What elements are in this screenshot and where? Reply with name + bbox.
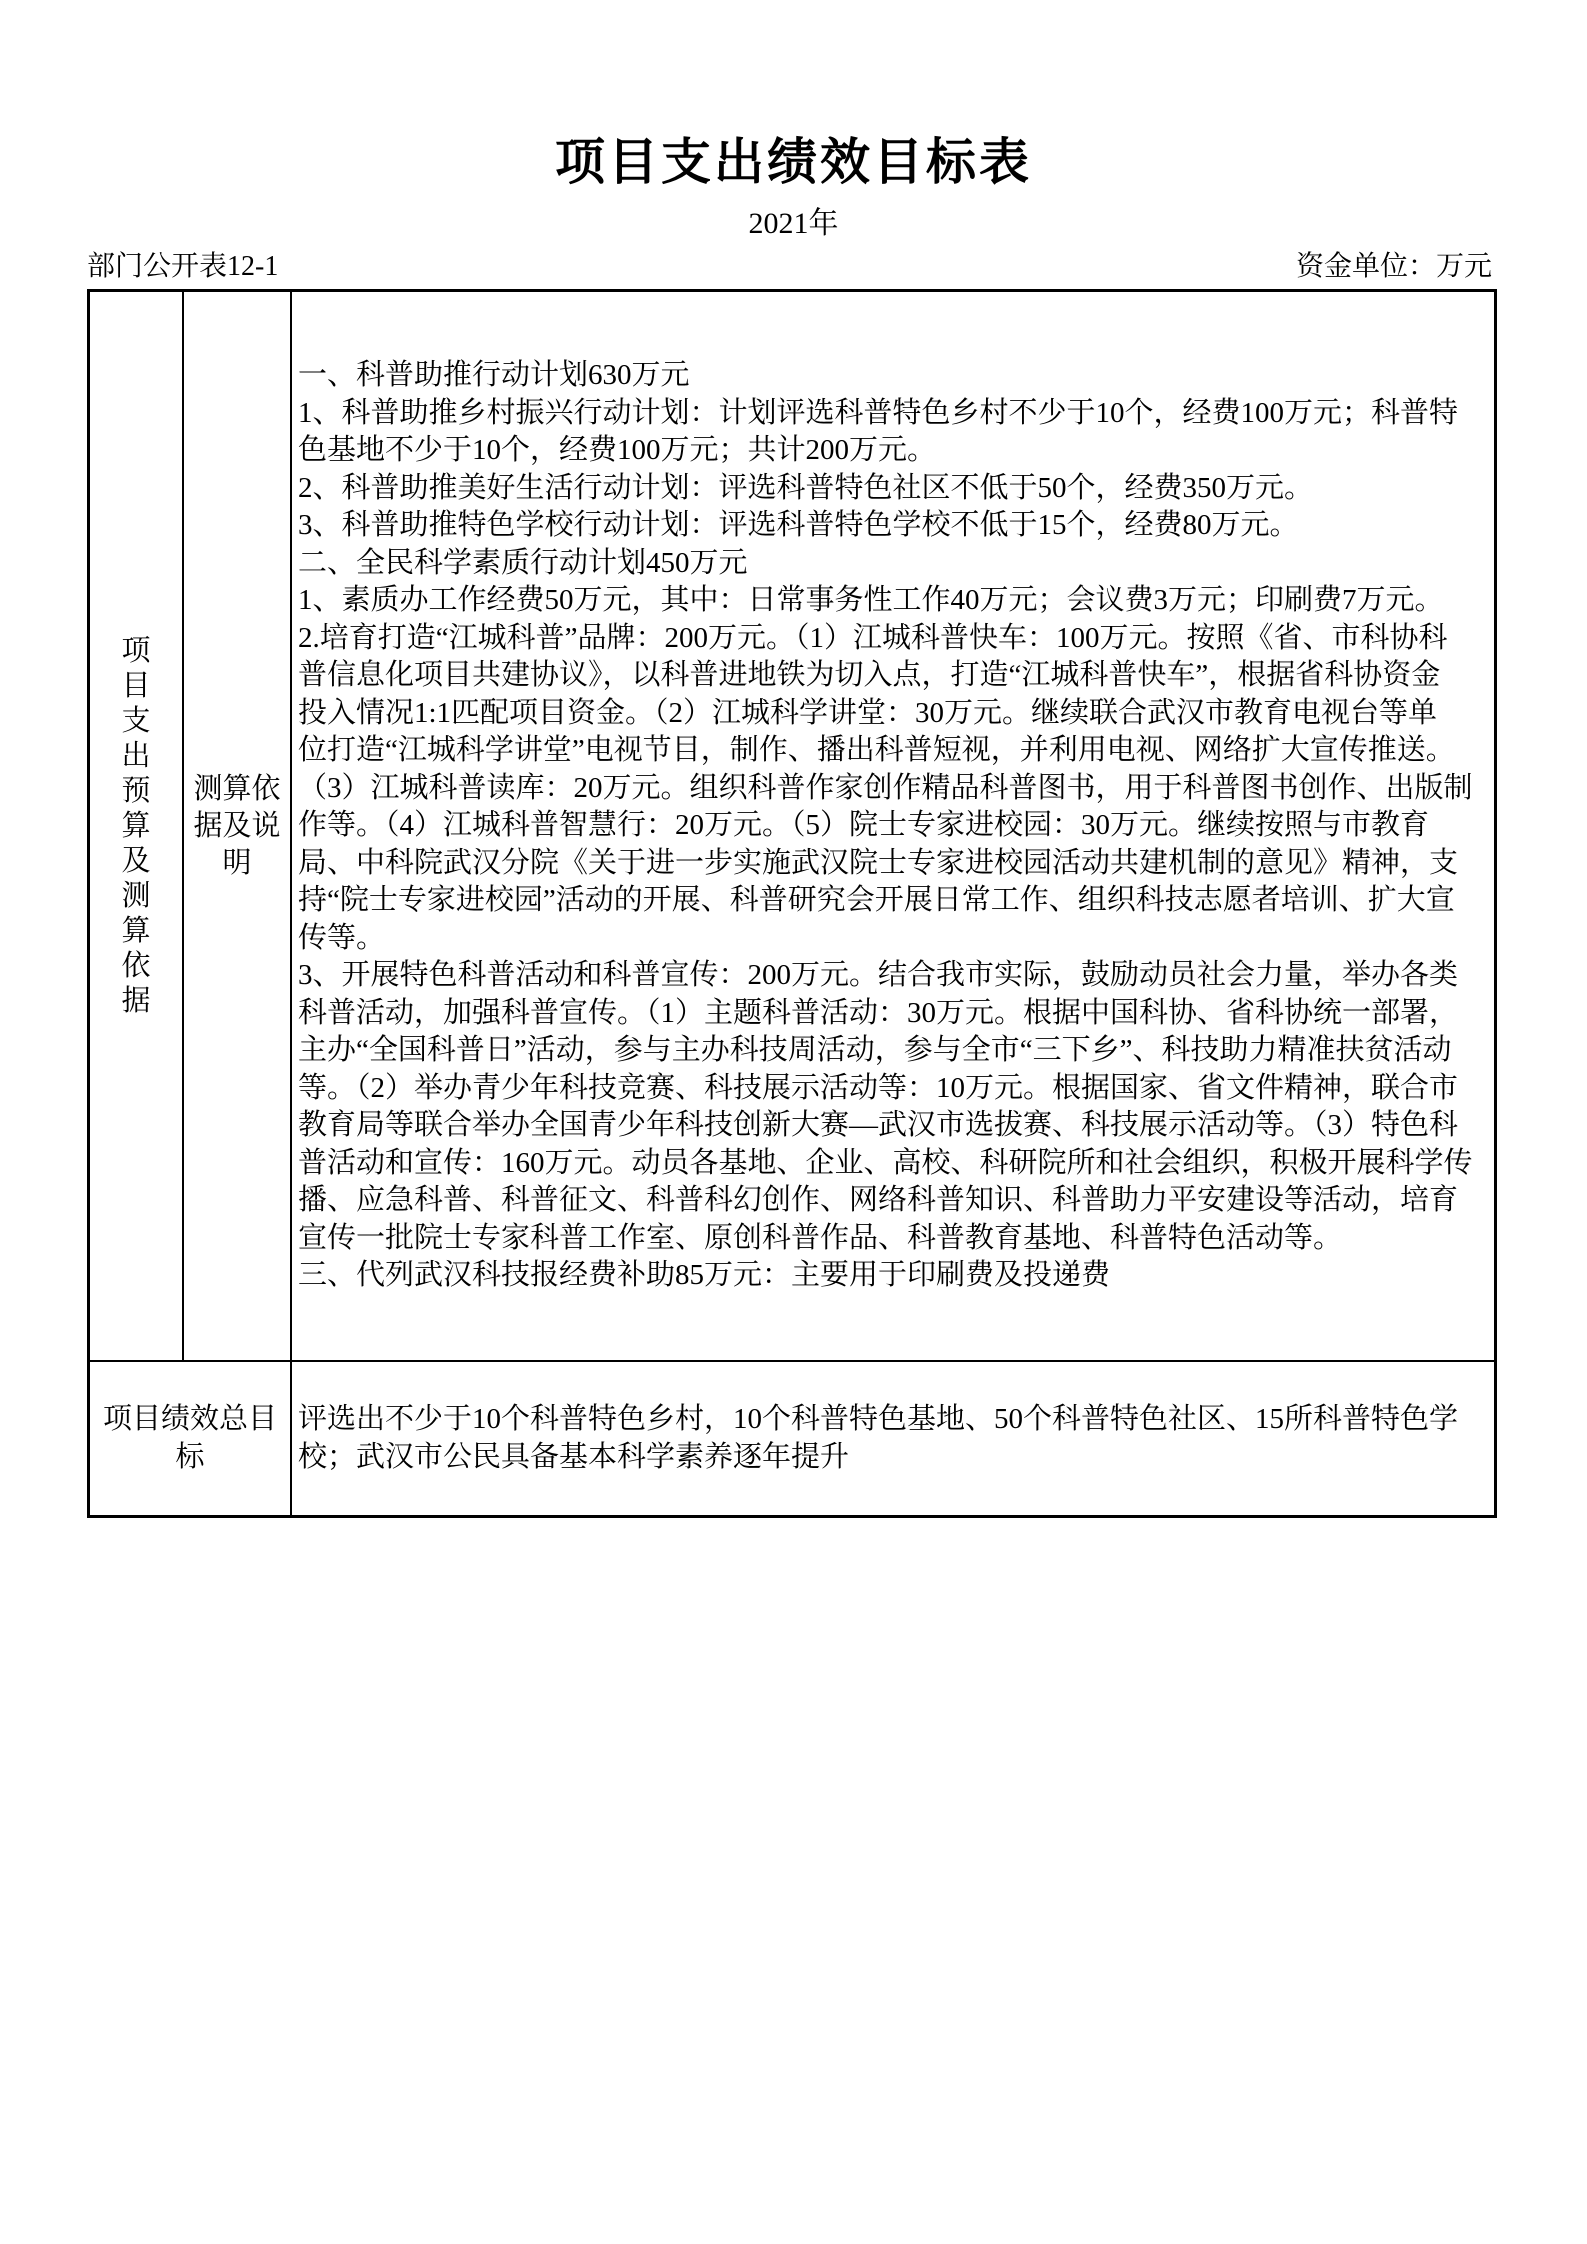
cell-overall-goal-label: 项目绩效总目 标	[90, 1362, 292, 1515]
table-code-label: 部门公开表12-1	[87, 244, 278, 284]
meta-row: 部门公开表12-1 资金单位：万元	[87, 244, 1492, 284]
performance-target-table: 项 目 支 出 预 算 及 测 算 依 据 测算依 据及说 明 一、科普助推行动…	[87, 289, 1497, 1518]
cell-overall-goal-content: 评选出不少于10个科普特色乡村，10个科普特色基地、50个科普特色社区、15所科…	[292, 1362, 1494, 1515]
cell-calculation-basis-label: 测算依 据及说 明	[184, 292, 292, 1362]
cell-calculation-basis-content: 一、科普助推行动计划630万元 1、科普助推乡村振兴行动计划：计划评选科普特色乡…	[292, 292, 1494, 1362]
cell-budget-category-label: 项 目 支 出 预 算 及 测 算 依 据	[90, 292, 184, 1362]
unit-label: 资金单位：万元	[1296, 244, 1492, 284]
page-title: 项目支出绩效目标表	[0, 122, 1587, 194]
page-subtitle-year: 2021年	[0, 198, 1587, 242]
